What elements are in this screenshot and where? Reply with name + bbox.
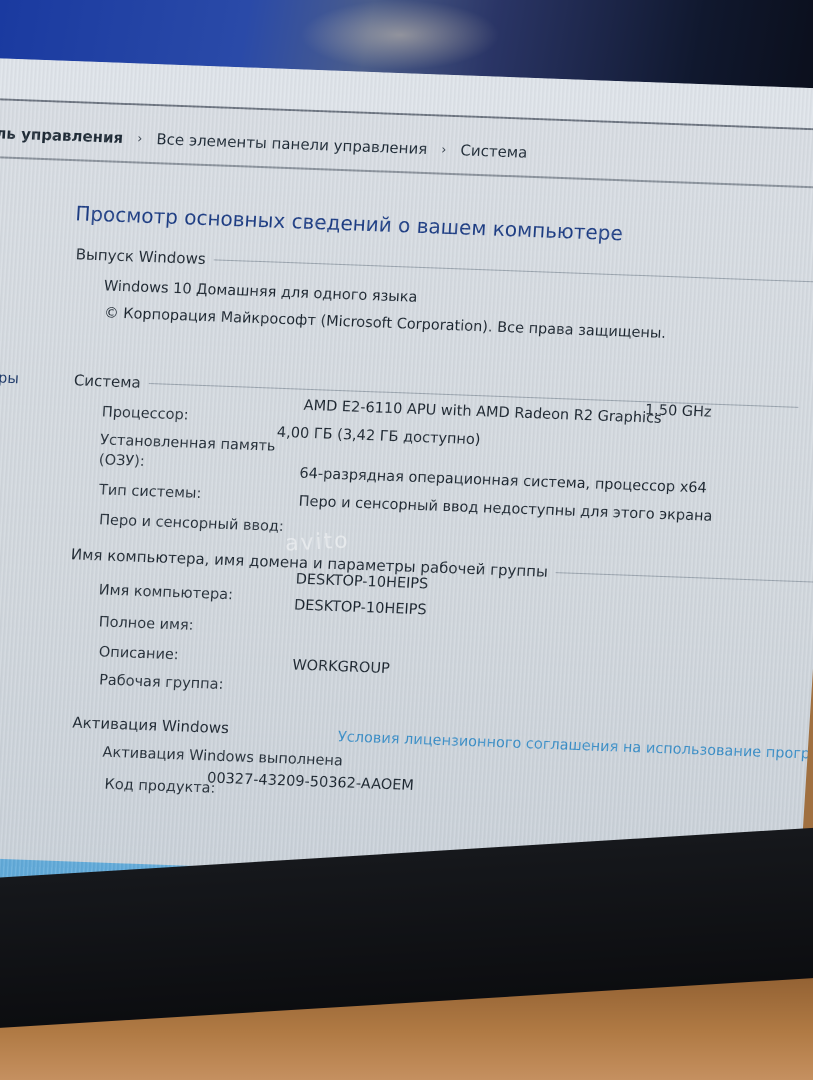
wallpaper-cloud: [300, 0, 500, 70]
activation-status: Активация Windows выполнена: [102, 745, 343, 770]
processor-label: Процессор:: [101, 404, 189, 423]
workgroup-value: WORKGROUP: [292, 657, 390, 677]
edition-heading-label: Выпуск Windows: [75, 245, 206, 268]
license-terms-link[interactable]: Условия лицензионного соглашения на испо…: [337, 729, 813, 763]
product-key-label: Код продукта:: [104, 777, 216, 797]
edition-name: Windows 10 Домашняя для одного языка: [103, 278, 418, 305]
ram-label: Установленная память: [100, 432, 276, 454]
system-heading-label: Система: [73, 371, 141, 391]
divider: [556, 572, 813, 583]
pen-touch-value: Перо и сенсорный ввод недоступны для это…: [298, 494, 713, 525]
chevron-right-icon[interactable]: ›: [137, 131, 143, 146]
copyright-text: © Корпорация Майкрософт (Microsoft Corpo…: [104, 305, 667, 342]
system-type-value: 64-разрядная операционная система, проце…: [299, 466, 707, 497]
description-label: Описание:: [98, 644, 179, 663]
sidebar-item-advanced-settings[interactable]: метры: [0, 369, 19, 387]
processor-speed: 1.50 GHz: [644, 402, 712, 420]
watermark: avito: [284, 528, 350, 556]
full-name-value: DESKTOP-10HEIPS: [294, 598, 428, 619]
chevron-right-icon[interactable]: ›: [441, 142, 447, 157]
full-name-label: Полное имя:: [98, 614, 194, 633]
divider: [214, 259, 813, 283]
breadcrumb-system[interactable]: Система: [460, 141, 528, 161]
activation-heading: Активация Windows: [72, 713, 230, 737]
pen-touch-label: Перо и сенсорный ввод:: [99, 512, 285, 535]
system-type-label: Тип системы:: [99, 482, 202, 502]
computer-name-label: Имя компьютера:: [98, 582, 233, 603]
ram-value: 4,00 ГБ (3,42 ГБ доступно): [276, 425, 481, 448]
page-title: Просмотр основных сведений о вашем компь…: [75, 201, 624, 245]
product-key-value: 00327-43209-50362-AAOEM: [207, 770, 415, 794]
workgroup-label: Рабочая группа:: [99, 672, 224, 693]
activation-heading-label: Активация Windows: [72, 713, 230, 737]
ram-label-suffix: (ОЗУ):: [98, 452, 145, 470]
